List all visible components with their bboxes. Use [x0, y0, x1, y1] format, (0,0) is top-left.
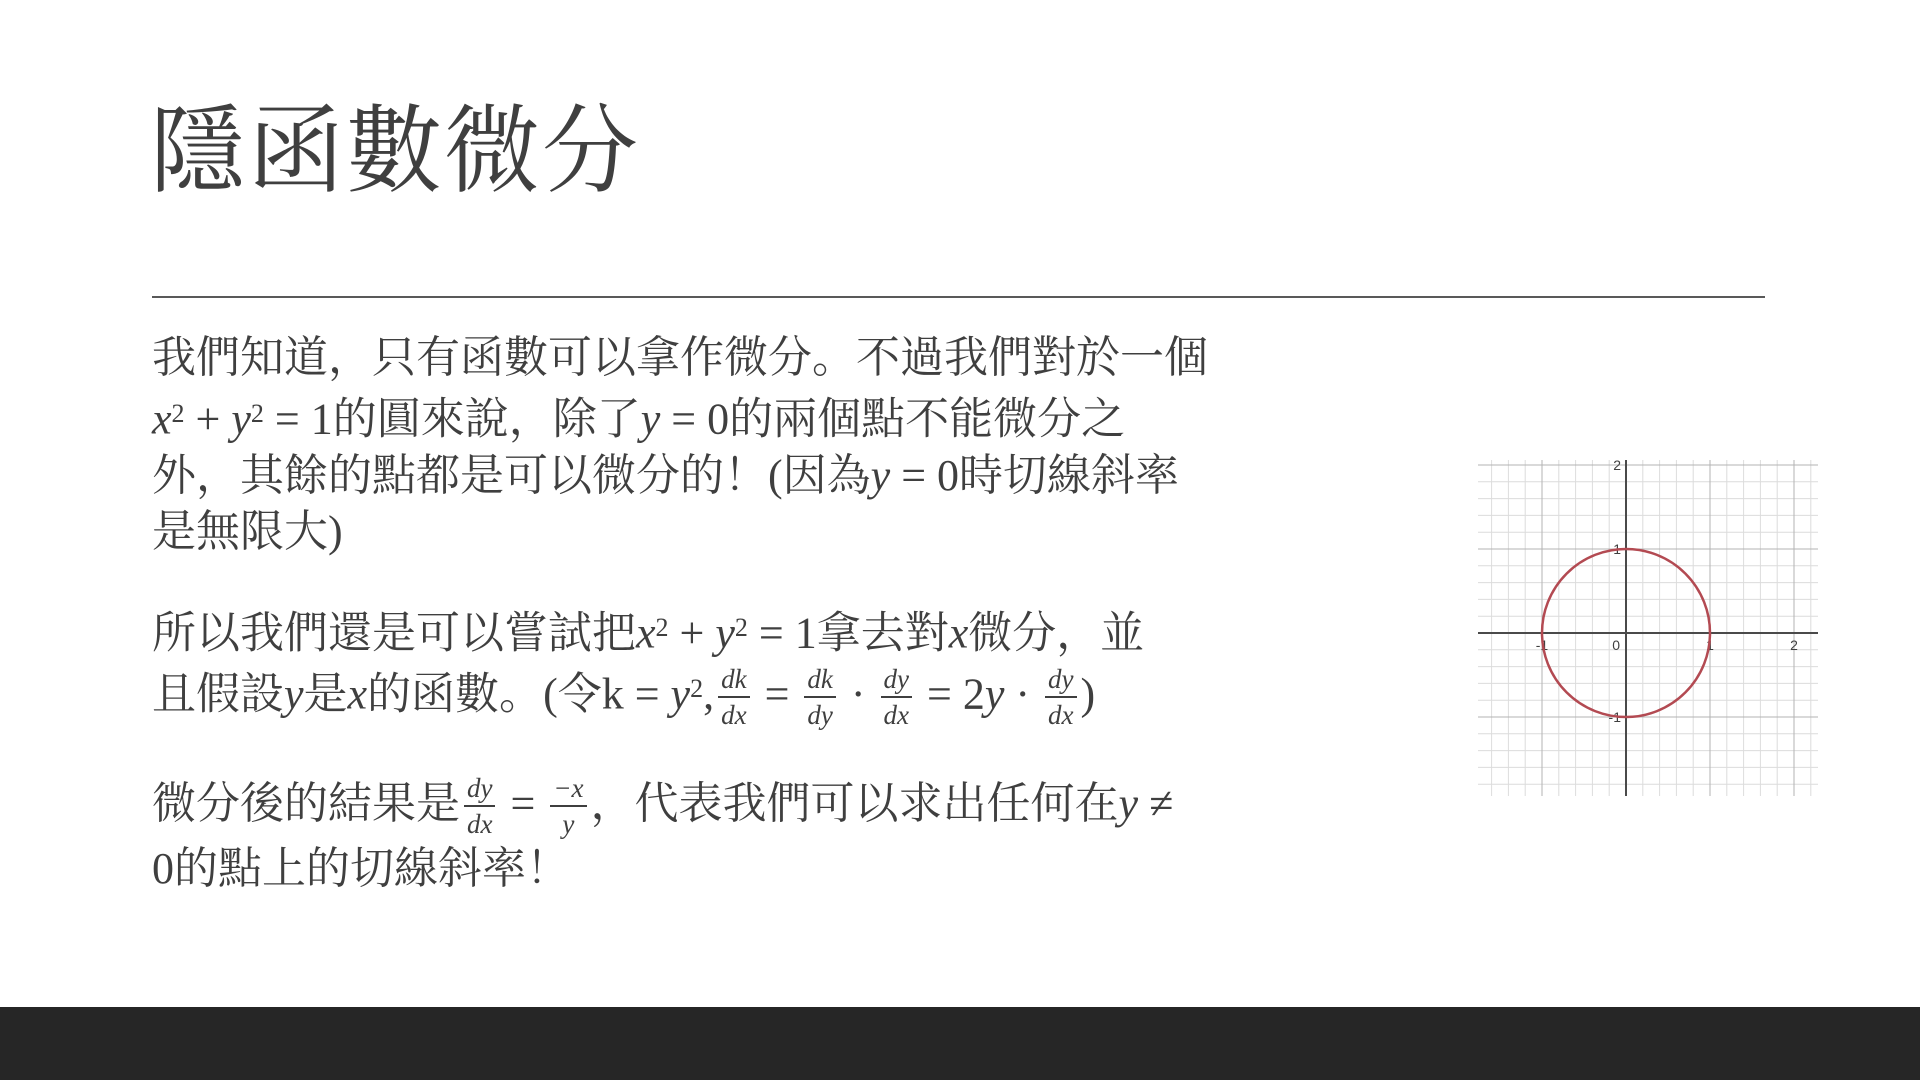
- rm-run: 0: [152, 844, 174, 893]
- cjk-run: 令: [558, 670, 602, 719]
- svg-text:2: 2: [1790, 637, 1798, 653]
- rm-run: ·: [840, 670, 877, 719]
- cjk-run: 拿去對: [817, 608, 949, 657]
- it-run: x: [348, 670, 368, 719]
- rm-run: ): [1081, 670, 1096, 719]
- rm-run: = 0: [890, 451, 959, 500]
- fraction-numerator: dk: [804, 663, 835, 696]
- paragraph: 所以我們還是可以嘗試把x2 + y2 = 1拿去對x微分，並且假設y是x的函數。…: [152, 600, 1208, 732]
- cjk-run: 是無限大: [152, 507, 328, 556]
- body-line: 外，其餘的點都是可以微分的！(因為y = 0時切線斜率: [152, 448, 1208, 504]
- paragraph: 我們知道，只有函數可以拿作微分。不過我們對於一個x2 + y2 = 1的圓來說，…: [152, 330, 1208, 560]
- unit-circle-svg: -1012-112: [1478, 460, 1818, 796]
- cjk-run: 微分後的結果是: [152, 779, 460, 828]
- it-run: y: [715, 608, 735, 657]
- fraction-denominator: dx: [881, 696, 912, 731]
- body-line: 所以我們還是可以嘗試把x2 + y2 = 1拿去對x微分，並: [152, 600, 1208, 662]
- fraction: dkdx: [718, 663, 749, 732]
- svg-text:0: 0: [1612, 637, 1620, 653]
- it-run: x: [949, 608, 969, 657]
- svg-text:2: 2: [1613, 460, 1621, 473]
- body-line: x2 + y2 = 1的圓來說，除了y = 0的兩個點不能微分之: [152, 386, 1208, 448]
- rm-run: (: [768, 451, 783, 500]
- rm-run: = 0: [660, 395, 729, 444]
- it-run: x: [152, 395, 172, 444]
- page-title: 隱函數微分: [150, 92, 640, 212]
- rm-run: ): [328, 507, 343, 556]
- fraction-denominator: dx: [464, 805, 495, 840]
- rm-run: = 1: [748, 608, 817, 657]
- it-run: y: [871, 451, 891, 500]
- sup-run: 2: [172, 399, 185, 428]
- cjk-run: 因為: [783, 451, 871, 500]
- rm-run: = 1: [264, 395, 333, 444]
- fraction-denominator: dx: [718, 696, 749, 731]
- cjk-run: 時切線斜率: [959, 451, 1179, 500]
- rm-run: ≠: [1138, 779, 1173, 828]
- it-run: x: [636, 608, 656, 657]
- rm-run: (: [543, 670, 558, 719]
- sup-run: 2: [251, 399, 264, 428]
- it-run: y: [985, 670, 1005, 719]
- fraction: dkdy: [804, 663, 835, 732]
- fraction-numerator: dk: [718, 663, 749, 696]
- fraction-denominator: y: [550, 805, 586, 840]
- rm-run: k =: [602, 670, 671, 719]
- rm-run: +: [185, 395, 232, 444]
- sup-run: 2: [690, 674, 703, 703]
- rm-run: =: [499, 779, 546, 828]
- cjk-run: 的函數。: [367, 670, 543, 719]
- sup-run: 2: [656, 613, 669, 642]
- body-line: 微分後的結果是dydx = −xy，代表我們可以求出任何在y ≠: [152, 772, 1208, 841]
- title-divider: [152, 296, 1765, 298]
- cjk-run: 的兩個點不能微分之: [729, 395, 1125, 444]
- it-run: y: [641, 395, 661, 444]
- body-line: 且假設y是x的函數。(令k = y2,dkdx = dkdy · dydx = …: [152, 661, 1208, 731]
- it-run: y: [284, 670, 304, 719]
- rm-run: ·: [1004, 670, 1041, 719]
- fraction: −xy: [550, 772, 586, 841]
- fraction: dydx: [1045, 663, 1076, 732]
- cjk-run: 微分，並: [968, 608, 1144, 657]
- fraction: dydx: [881, 663, 912, 732]
- fraction-denominator: dx: [1045, 696, 1076, 731]
- it-run: y: [231, 395, 251, 444]
- it-run: y: [671, 670, 691, 719]
- slide-canvas: 隱函數微分 我們知道，只有函數可以拿作微分。不過我們對於一個x2 + y2 = …: [0, 0, 1920, 1080]
- fraction-denominator: dy: [804, 696, 835, 731]
- rm-run: ,: [703, 670, 714, 719]
- body-text: 我們知道，只有函數可以拿作微分。不過我們對於一個x2 + y2 = 1的圓來說，…: [152, 330, 1208, 937]
- cjk-run: 的點上的切線斜率！: [174, 844, 570, 893]
- rm-run: +: [669, 608, 716, 657]
- fraction: dydx: [464, 772, 495, 841]
- unit-circle-plot: -1012-112: [1478, 460, 1818, 796]
- body-line: 我們知道，只有函數可以拿作微分。不過我們對於一個: [152, 330, 1208, 386]
- paragraph: 微分後的結果是dydx = −xy，代表我們可以求出任何在y ≠0的點上的切線斜…: [152, 772, 1208, 897]
- sup-run: 2: [735, 613, 748, 642]
- cjk-run: 我們知道，只有函數可以拿作微分。不過我們對於一個: [152, 333, 1208, 382]
- cjk-run: 所以我們還是可以嘗試把: [152, 608, 636, 657]
- fraction-numerator: dy: [881, 663, 912, 696]
- cjk-run: 的圓來說，除了: [333, 395, 641, 444]
- cjk-run: ，代表我們可以求出任何在: [591, 779, 1119, 828]
- fraction-numerator: dy: [464, 772, 495, 805]
- cjk-run: 且假設: [152, 670, 284, 719]
- body-line: 是無限大): [152, 504, 1208, 560]
- cjk-run: 是: [304, 670, 348, 719]
- footer-bar: [0, 1007, 1920, 1080]
- fraction-numerator: dy: [1045, 663, 1076, 696]
- fraction-numerator: −x: [550, 772, 586, 805]
- body-line: 0的點上的切線斜率！: [152, 841, 1208, 897]
- rm-run: =: [754, 670, 801, 719]
- rm-run: = 2: [916, 670, 985, 719]
- cjk-run: 外，其餘的點都是可以微分的！: [152, 451, 768, 500]
- it-run: y: [1119, 779, 1139, 828]
